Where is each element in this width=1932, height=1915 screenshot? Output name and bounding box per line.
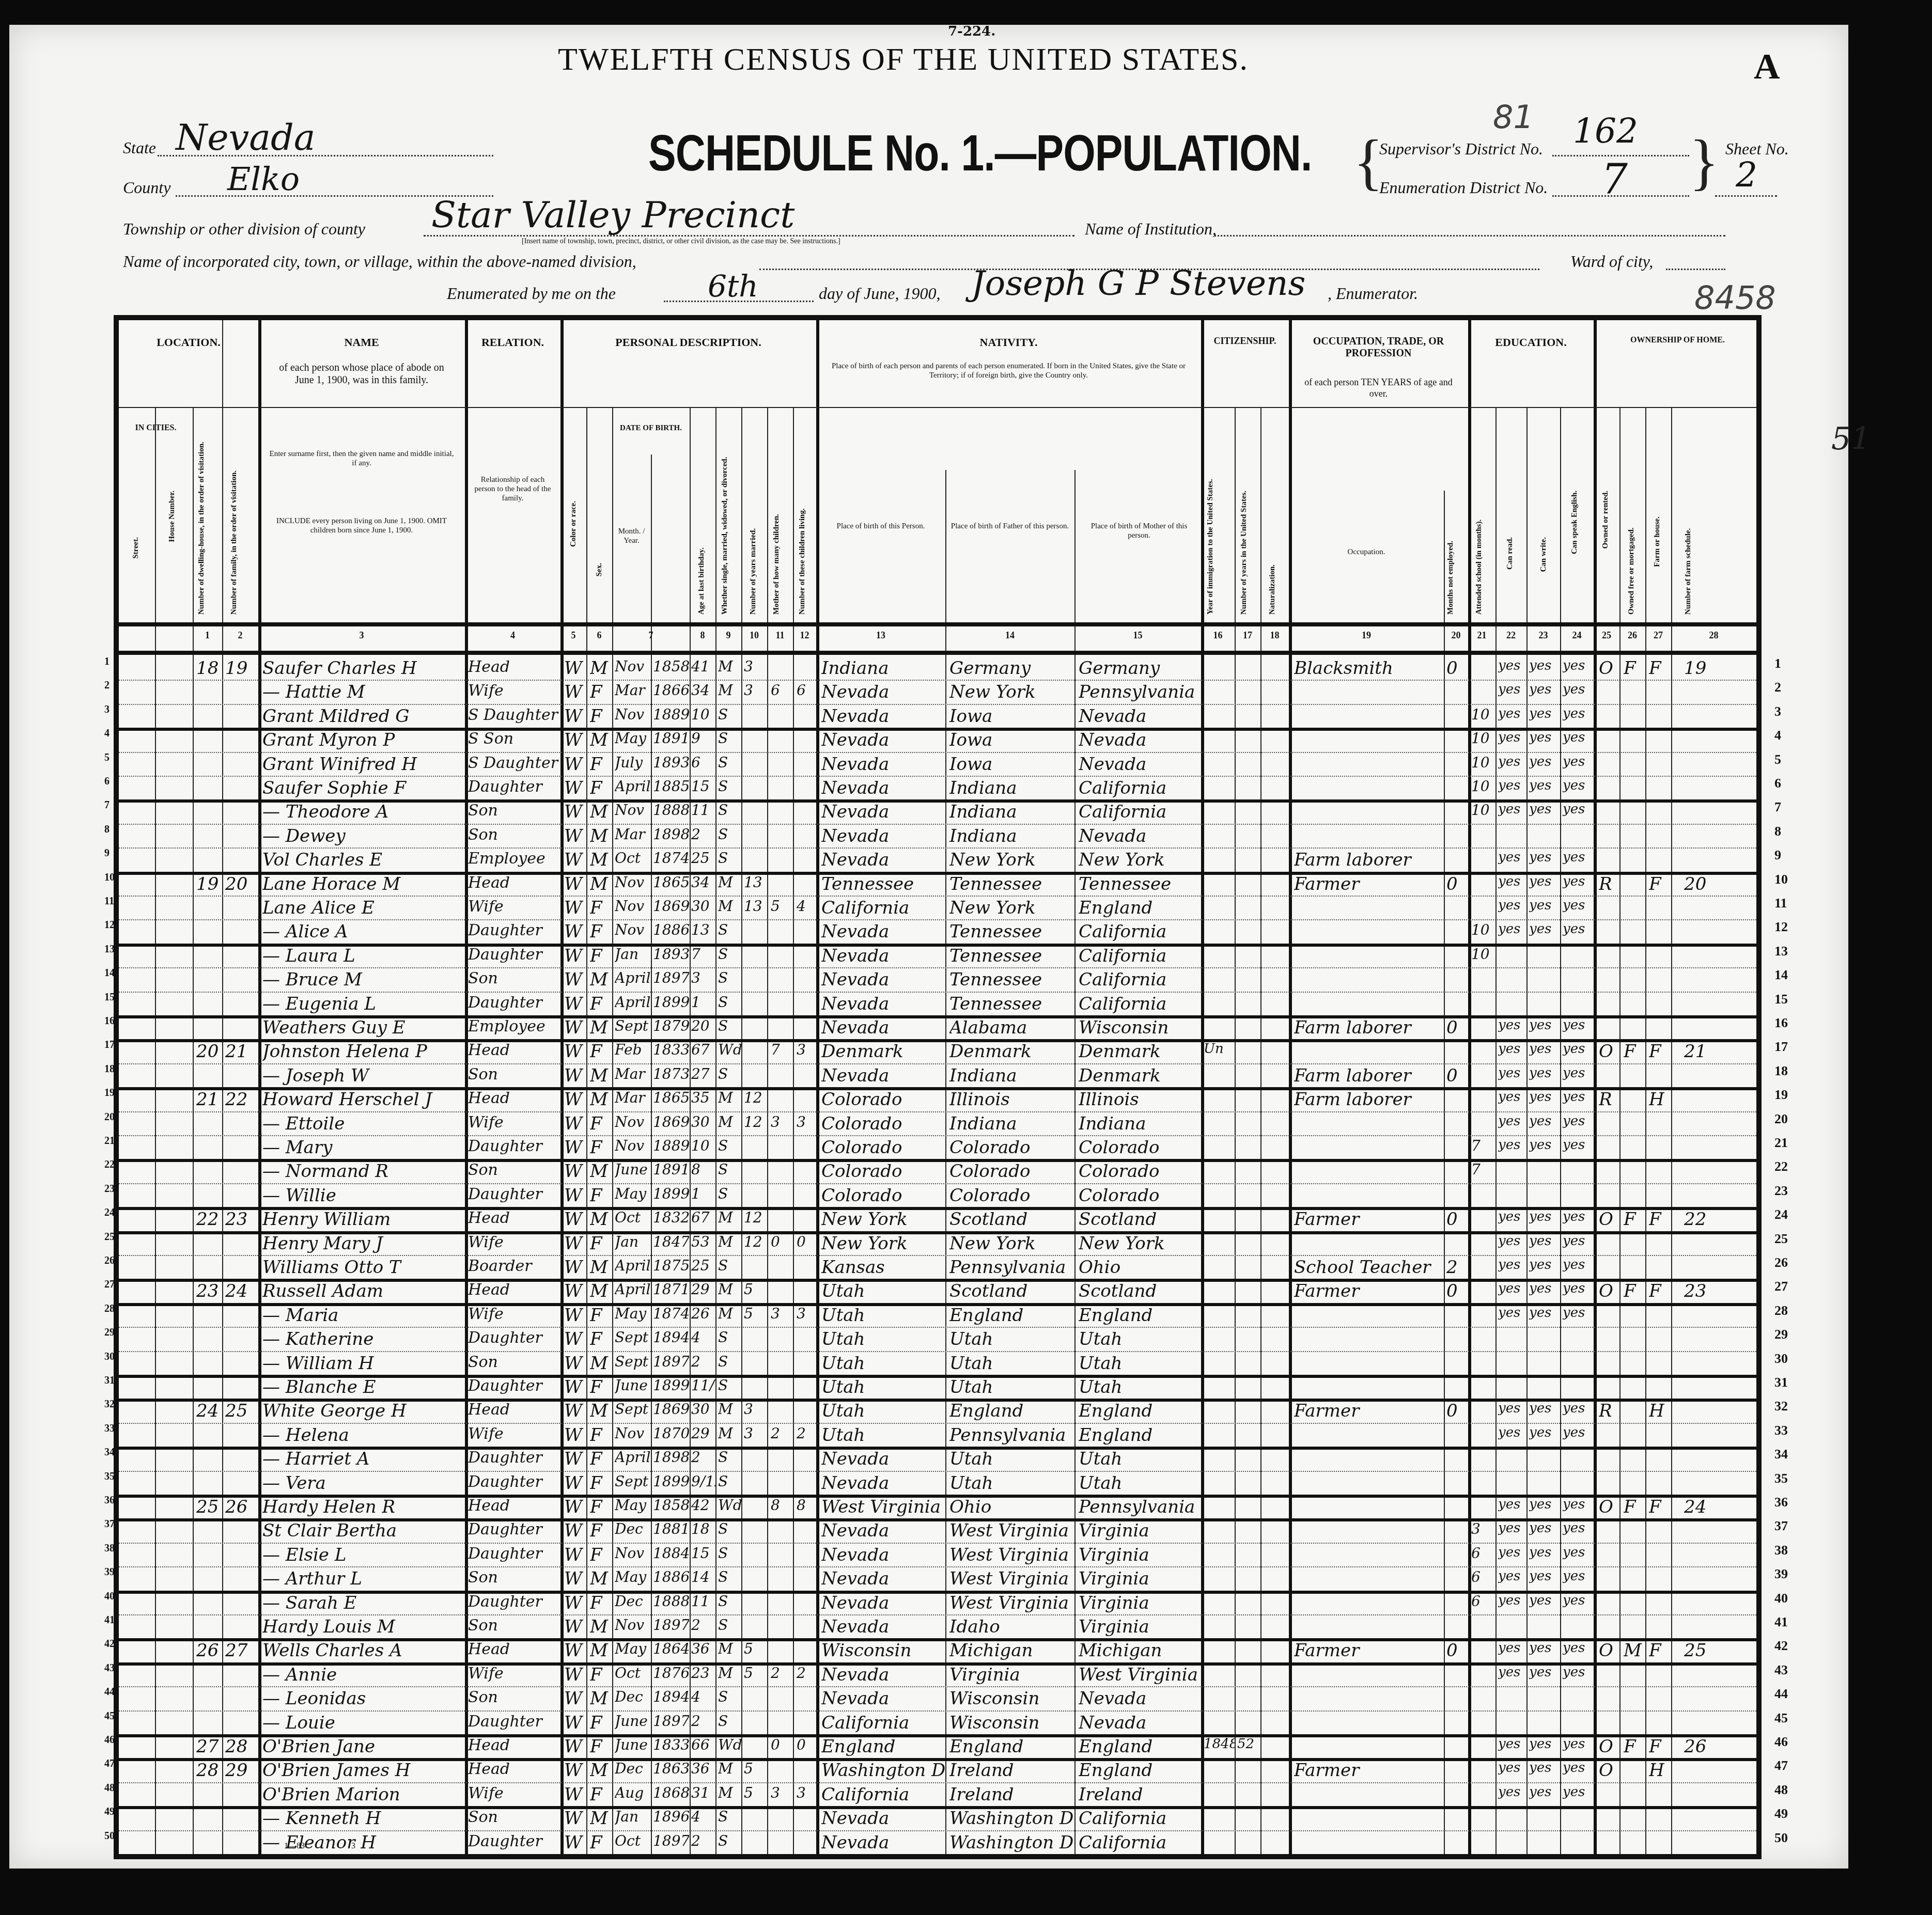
birthplace-person: Nevada [821,994,945,1014]
age: 29 [691,1281,715,1298]
marital-status: S [718,826,741,843]
race: W [564,1113,586,1134]
line-number-left: 25 [104,1231,115,1243]
line-number-right: 20 [1774,1111,1788,1127]
can-read: yes [1498,1281,1526,1296]
birth-month: Sept [615,1401,651,1418]
race: W [564,1688,586,1709]
birth-year: 1873 [653,1065,689,1082]
can-read: yes [1498,1305,1526,1321]
population-table: LOCATION. IN CITIES. NAME of each person… [114,315,1762,1859]
line-number-right: 47 [1774,1758,1788,1773]
relation: Daughter [468,1329,560,1347]
sex: F [590,946,612,966]
can-read: yes [1498,730,1526,745]
relation: Head [468,1209,560,1227]
birthplace-mother: Ireland [1079,1784,1201,1805]
can-speak-english: yes [1563,1760,1594,1776]
sex: M [590,1017,612,1038]
birthplace-father: Ireland [949,1784,1074,1805]
person-name: Grant Winifred H [262,754,464,775]
person-name: Grant Myron P [262,730,464,750]
years-married: 13 [744,898,767,915]
race: W [564,730,586,750]
birthplace-person: Wisconsin [821,1640,945,1661]
col-label-children-living: Number of these children living. [798,413,807,615]
table-row: 18 — Joseph W Son W M Mar 1873 27 S Neva… [119,1063,1756,1090]
birth-year: 1899 [653,1185,689,1202]
marital-status: S [718,1257,741,1274]
relation: Boarder [468,1257,560,1275]
line-number-right: 35 [1774,1471,1788,1486]
marital-status: M [718,1784,741,1801]
can-speak-english: yes [1563,778,1594,793]
birth-month: Dec [615,1760,651,1777]
marital-status: S [718,1688,741,1705]
table-row: 7 — Theodore A Son W M Nov 1888 11 S Nev… [119,799,1756,824]
city-label: Name of incorporated city, town, or vill… [123,252,636,271]
birthplace-father: Utah [949,1353,1074,1374]
birthplace-person: Nevada [821,1593,945,1613]
birth-year: 1888 [653,1593,689,1610]
colnum: 7 [612,630,690,641]
birth-year: 1871 [653,1281,689,1298]
line-number-right: 11 [1774,896,1787,911]
table-row: 2 — Hattie M Wife W F Mar 1866 34 M 3 6 … [119,680,1756,704]
farm-schedule-number: 21 [1684,1041,1756,1062]
person-name: — Arthur L [262,1568,464,1589]
age: 25 [691,850,715,867]
free-mortgaged: F [1624,1281,1645,1301]
can-read: yes [1498,1089,1526,1105]
birthplace-mother: Tennessee [1079,874,1201,894]
marital-status: S [718,1473,741,1490]
marital-status: M [718,898,741,915]
birthplace-person: Nevada [821,1520,945,1541]
can-read: yes [1498,898,1526,913]
birth-month: April [615,1449,651,1466]
birthplace-mother: England [1079,1760,1201,1781]
relation: Wife [468,1425,560,1443]
can-speak-english: yes [1563,1113,1594,1129]
birthplace-mother: West Virginia [1079,1665,1201,1685]
line-number-right: 27 [1774,1279,1788,1294]
birthplace-mother: Virginia [1079,1593,1201,1613]
table-row: 24 22 23 Henry William Head W M Oct 1832… [119,1207,1756,1234]
birthplace-mother: Virginia [1079,1520,1201,1541]
person-name: — Eugenia L [262,994,464,1014]
marital-status: M [718,1113,741,1131]
table-row: 11 Lane Alice E Wife W F Nov 1869 30 M 1… [119,896,1756,920]
marital-status: S [718,706,741,723]
line-number-left: 31 [104,1375,115,1387]
mother-of: 5 [771,898,793,915]
months-unemployed: 0 [1446,1281,1468,1301]
can-write: yes [1529,1401,1560,1416]
farm-or-house: F [1649,1736,1671,1757]
birth-year: 1847 [653,1233,689,1250]
can-write: yes [1529,1593,1560,1608]
children-living: 0 [797,1233,816,1250]
relation: Daughter [468,946,560,964]
sex: M [590,1089,612,1110]
birth-month: Oct [615,1209,651,1226]
birth-month: Nov [615,1425,651,1442]
birth-month: July [615,754,651,771]
birthplace-mother: California [1079,778,1201,798]
line-number-left: 47 [104,1758,115,1770]
farm-schedule-number: 24 [1684,1497,1756,1517]
free-mortgaged: F [1624,1497,1645,1517]
col-label-age: Age at last birthday. [697,449,706,615]
birthplace-father: Colorado [949,1137,1074,1158]
race: W [564,1784,586,1805]
line-number-right: 24 [1774,1207,1788,1222]
sex: M [590,1281,612,1301]
marital-status: S [718,969,741,986]
enumeration-label: Enumeration District No. [1379,178,1548,197]
marital-status: S [718,1545,741,1562]
birth-month: Nov [615,706,651,723]
birth-month: Jan [615,946,651,963]
race: W [564,946,586,966]
age: 2 [691,1449,715,1466]
birthplace-mother: California [1079,946,1201,966]
occupation: Farmer [1294,1281,1444,1301]
age: 42 [691,1497,715,1514]
sex: F [590,994,612,1014]
birth-month: Nov [615,1545,651,1562]
header-location: LOCATION. [119,336,258,349]
person-name: Williams Otto T [262,1257,464,1278]
birthplace-father: Tennessee [949,994,1074,1014]
person-name: — Joseph W [262,1065,464,1086]
birth-year: 1899 [653,1377,689,1394]
birthplace-person: Denmark [821,1041,945,1062]
can-read: yes [1498,1568,1526,1584]
race: W [564,1089,586,1110]
birth-year: 1833 [653,1041,689,1058]
table-row: 48 O'Brien Marion Wife W F Aug 1868 31 M… [119,1782,1756,1809]
family-number: 27 [225,1640,258,1661]
birthplace-person: Colorado [821,1161,945,1182]
birthplace-person: Utah [821,1353,945,1374]
line-number-left: 33 [104,1423,115,1435]
sex: F [590,1305,612,1326]
relation: Son [468,969,560,987]
line-number-right: 4 [1774,728,1781,743]
birthplace-father: New York [949,898,1074,918]
age: 9/12 [691,1473,715,1490]
can-write: yes [1529,1041,1560,1057]
line-number-left: 32 [104,1399,115,1410]
sheet-letter: A [1754,46,1780,88]
can-write: yes [1529,754,1560,770]
ward-field [1666,269,1725,270]
dwelling-number: 28 [196,1760,222,1781]
sex: M [590,1209,612,1230]
can-read: yes [1498,802,1526,817]
person-name: — Katherine [262,1329,464,1349]
sex: F [590,898,612,918]
can-speak-english: yes [1563,1233,1594,1249]
race: W [564,850,586,870]
table-row: 40 — Sarah E Daughter W F Dec 1888 11 S … [119,1591,1756,1615]
line-number-left: 9 [104,847,110,859]
colnum: 5 [560,630,586,641]
years-married: 5 [744,1305,767,1322]
line-number-left: 41 [104,1614,115,1626]
age: 30 [691,898,715,915]
table-row: 30 — William H Son W M Sept 1897 2 S Uta… [119,1351,1756,1378]
table-row: 50 — Eleanor H Daughter W F Oct 1897 2 S… [119,1830,1756,1857]
relation: S Daughter [468,754,560,772]
birthplace-person: Colorado [821,1137,945,1158]
col-label-school: Attended school (in months). [1475,413,1484,615]
birth-month: Jan [615,1808,651,1825]
birthplace-father: Iowa [949,730,1074,750]
occupation: Farmer [1294,1760,1444,1781]
owned-rented: O [1599,658,1619,679]
colnum: 1 [193,630,222,641]
sex: F [590,682,612,702]
line-number-left: 40 [104,1591,115,1603]
family-number: 22 [225,1089,258,1110]
colnum: 17 [1235,630,1260,641]
colnum: 27 [1645,630,1671,641]
can-write: yes [1529,1568,1560,1584]
birthplace-mother: England [1079,1401,1201,1421]
occupation: Farm laborer [1294,850,1444,870]
line-number-left: 49 [104,1806,115,1818]
birthplace-father: Indiana [949,1113,1074,1134]
relation: S Daughter [468,706,560,724]
header-occupation-desc: of each person TEN YEARS of age and over… [1297,377,1460,399]
marital-status: Wd [718,1041,741,1058]
birthplace-person: Washington DC [821,1760,945,1781]
birthplace-person: Nevada [821,682,945,702]
line-number-left: 12 [104,919,115,931]
birth-year: 1885 [653,778,689,795]
farm-or-house: H [1649,1401,1671,1421]
table-row: 33 — Helena Wife W F Nov 1870 29 M 3 2 2… [119,1423,1756,1450]
sex: F [590,1713,612,1733]
person-name: Weathers Guy E [262,1017,464,1038]
race: W [564,994,586,1014]
line-number-left: 37 [104,1518,115,1530]
marital-status: S [718,1520,741,1537]
years-married: 3 [744,1401,767,1418]
farm-or-house: F [1649,658,1671,679]
can-write: yes [1529,1137,1560,1153]
occupation: Blacksmith [1294,658,1444,679]
header-occupation: OCCUPATION, TRADE, OR PROFESSION [1289,336,1468,359]
can-write: yes [1529,898,1560,913]
line-number-right: 33 [1774,1423,1788,1438]
farm-schedule-number: 23 [1684,1281,1756,1301]
years-married: 5 [744,1281,767,1298]
sex: M [590,1257,612,1278]
race: W [564,1593,586,1613]
age: 26 [691,1305,715,1322]
marital-status: S [718,850,741,867]
print-mark: 1—83 [284,1842,305,1851]
can-write: yes [1529,1089,1560,1105]
birthplace-person: Nevada [821,1449,945,1469]
birthplace-father: England [949,1305,1074,1326]
birthplace-person: Nevada [821,778,945,798]
supervisor-value: 162 [1573,111,1638,151]
table-row: 32 24 25 White George H Head W M Sept 18… [119,1399,1756,1423]
relation: Daughter [468,921,560,939]
birthplace-father: Michigan [949,1640,1074,1661]
marital-status: S [718,1353,741,1370]
colnum: 24 [1560,630,1594,641]
birthplace-person: Utah [821,1425,945,1446]
birthplace-father: West Virginia [949,1593,1074,1613]
line-number-right: 18 [1774,1063,1788,1079]
years-married: 13 [744,874,767,891]
col-label-birth-person: Place of birth of this Person. [821,522,940,531]
line-number-left: 28 [104,1303,115,1315]
relation: Wife [468,1113,560,1132]
birthplace-mother: Scotland [1079,1281,1201,1301]
relation: Head [468,874,560,892]
dwelling-number: 18 [196,658,222,679]
can-speak-english: yes [1563,1593,1594,1608]
birth-year: 1897 [653,1832,689,1849]
sex: M [590,658,612,679]
birthplace-mother: Colorado [1079,1161,1201,1182]
birthplace-person: California [821,898,945,918]
birth-month: Dec [615,1520,651,1537]
race: W [564,1640,586,1661]
table-row: 35 — Vera Daughter W F Sept 1899 9/12 S … [119,1471,1756,1498]
marital-status: Wd [718,1736,741,1753]
colnum: 4 [465,630,560,641]
birth-year: 1898 [653,826,689,843]
birthplace-mother: England [1079,898,1201,918]
marital-status: S [718,994,741,1011]
can-speak-english: yes [1563,754,1594,770]
birthplace-father: Alabama [949,1017,1074,1038]
marital-status: S [718,1568,741,1586]
children-living: 2 [797,1665,816,1682]
birthplace-mother: Pennsylvania [1079,1497,1201,1517]
line-number-right: 23 [1774,1183,1788,1199]
birthplace-person: Nevada [821,1017,945,1038]
col-label-can-write: Can write. [1539,537,1548,572]
col-label-mother-of: Mother of how many children. [772,413,781,615]
farm-schedule-number: 20 [1684,874,1756,894]
colnum: 14 [945,630,1074,641]
relation: Daughter [468,994,560,1012]
header-nativity: NATIVITY. [816,336,1201,349]
institution-field [1214,235,1725,237]
can-read: yes [1498,1401,1526,1416]
sheet-line [1715,195,1777,197]
birthplace-mother: California [1079,802,1201,822]
race: W [564,1568,586,1589]
school-months: 6 [1471,1545,1495,1562]
age: 41 [691,658,715,675]
table-row: 17 20 21 Johnston Helena P Head W F Feb … [119,1039,1756,1064]
birthplace-father: Utah [949,1449,1074,1469]
table-row: 37 St Clair Bertha Daughter W F Dec 1881… [119,1518,1756,1543]
person-name: Hardy Louis M [262,1616,464,1637]
age: 35 [691,1089,715,1106]
page-mark: 3 [351,1842,355,1851]
can-speak-english: yes [1563,802,1594,817]
header-relation: RELATION. [465,336,560,349]
line-number-left: 43 [104,1662,115,1674]
sex: M [590,730,612,750]
can-speak-english: yes [1563,658,1594,673]
birthplace-person: Nevada [821,1568,945,1589]
line-number-right: 16 [1774,1015,1788,1031]
farm-or-house: F [1649,1209,1671,1230]
relation: Daughter [468,1545,560,1563]
can-write: yes [1529,1736,1560,1752]
relation: Daughter [468,778,560,796]
relation: Daughter [468,1377,560,1395]
colnum: 2 [222,630,258,641]
birth-month: Dec [615,1688,651,1705]
sex: F [590,921,612,942]
occupation: School Teacher [1294,1257,1444,1278]
col-label-months-unemployed: Months not employed. [1446,501,1455,615]
person-name: Johnston Helena P [262,1041,464,1062]
birth-month: June [615,1161,651,1178]
years-married: 12 [744,1089,767,1106]
can-read: yes [1498,1137,1526,1153]
enumeration-value: 7 [1601,155,1628,203]
marital-status: S [718,1808,741,1825]
supervisor-pencil: 81 [1493,98,1534,136]
col-label-naturalization: Naturalization. [1268,475,1277,615]
col-label-family: Number of family, in the order of visita… [230,413,239,615]
birthplace-father: West Virginia [949,1545,1074,1565]
line-number-left: 27 [104,1279,115,1291]
person-name: — Alice A [262,921,464,942]
age: 3 [691,969,715,986]
age: 10 [691,1137,715,1154]
owned-rented: O [1599,1041,1619,1062]
birthplace-person: Nevada [821,826,945,846]
age: 1 [691,994,715,1011]
birthplace-father: Scotland [949,1281,1074,1301]
age: 10 [691,706,715,723]
age: 29 [691,1425,715,1442]
sex: F [590,1113,612,1134]
birth-month: Nov [615,921,651,938]
birth-year: 1865 [653,874,689,891]
age: 11 [691,1593,715,1610]
family-number: 29 [225,1760,258,1781]
person-name: — Bruce M [262,969,464,990]
enumerated-day: 6th [708,269,758,304]
birth-month: May [615,1568,651,1586]
birth-year: 1894 [653,1688,689,1705]
person-name: — Vera [262,1473,464,1494]
can-write: yes [1529,730,1560,745]
birthplace-mother: Virginia [1079,1568,1201,1589]
person-name: Lane Horace M [262,874,464,894]
family-number: 24 [225,1281,258,1301]
race: W [564,898,586,918]
ward-label: Ward of city, [1570,252,1653,271]
birth-year: 1886 [653,1568,689,1586]
